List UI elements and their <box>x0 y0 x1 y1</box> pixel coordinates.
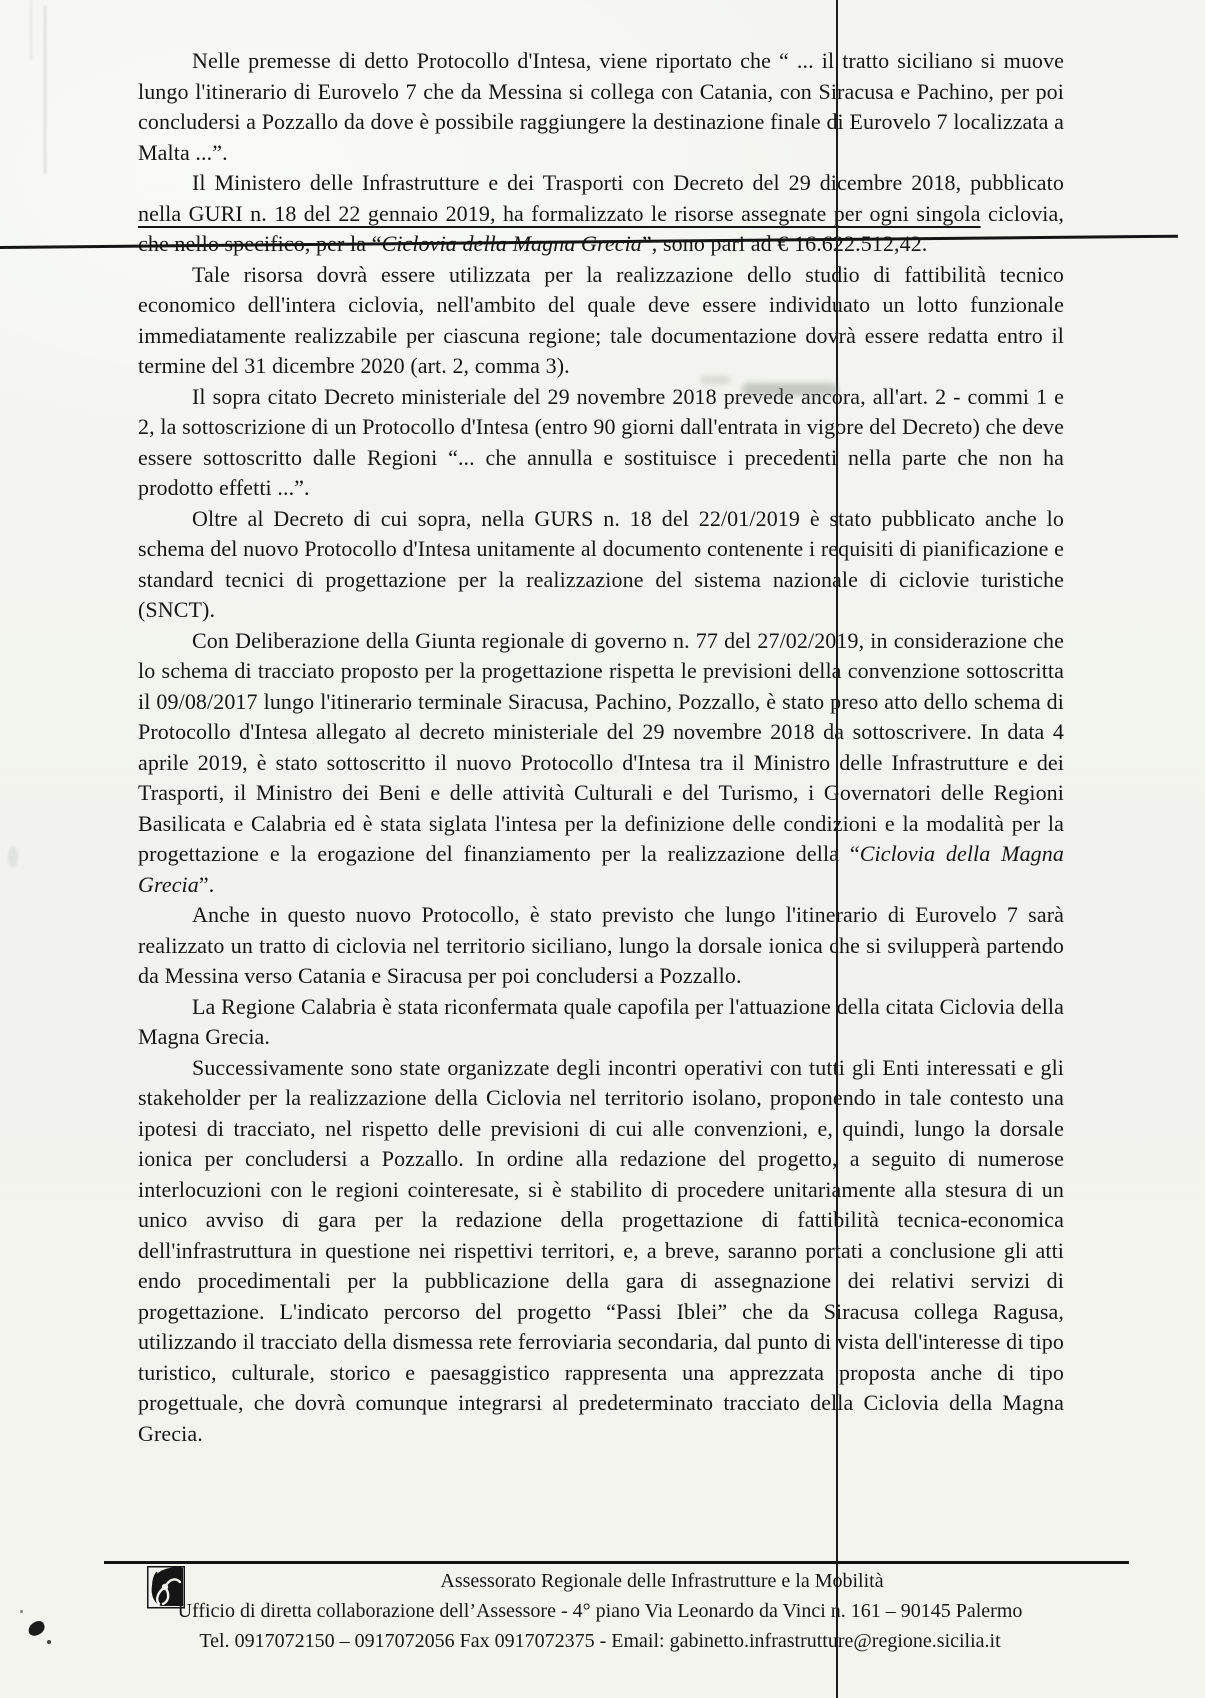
footer-contacts: Tel. 0917072150 – 0917072056 Fax 0917072… <box>90 1626 1110 1656</box>
ink-blot <box>26 1619 47 1638</box>
footer-separator-line <box>104 1561 1129 1564</box>
paragraph: Oltre al Decreto di cui sopra, nella GUR… <box>138 504 1064 626</box>
scanned-letter-page: Nelle premesse di detto Protocollo d'Int… <box>0 0 1205 1698</box>
scan-vertical-fold-line <box>836 0 838 1698</box>
text-segment: La Regione Calabria è stata riconfermata… <box>138 994 1064 1050</box>
text-segment: ”, sono pari ad € 16.622.512,42. <box>642 231 928 256</box>
scan-smudge <box>742 383 838 396</box>
footer-office-name: Assessorato Regionale delle Infrastruttu… <box>152 1566 1172 1596</box>
paragraph: Tale risorsa dovrà essere utilizzata per… <box>138 260 1064 382</box>
text-segment: ”. <box>199 872 214 897</box>
paragraph: Successivamente sono state organizzate d… <box>138 1053 1064 1450</box>
text-segment: Il sopra citato Decreto ministeriale del… <box>138 384 1064 501</box>
scan-smudge <box>700 376 730 384</box>
text-segment: Anche in questo nuovo Protocollo, è stat… <box>138 902 1064 988</box>
footer-address: Ufficio di diretta collaborazione dell’A… <box>90 1596 1110 1626</box>
text-segment: Oltre al Decreto di cui sopra, nella GUR… <box>138 506 1064 623</box>
scan-streak <box>30 0 32 60</box>
footer: Assessorato Regionale delle Infrastruttu… <box>90 1566 1110 1656</box>
ink-dot <box>47 1640 51 1644</box>
paragraph: La Regione Calabria è stata riconfermata… <box>138 992 1064 1053</box>
text-segment: Successivamente sono state organizzate d… <box>138 1055 1064 1446</box>
scan-streak <box>8 846 18 868</box>
text-segment: nella GURI n. 18 del 22 gennaio 2019, ha… <box>138 201 981 226</box>
document-body: Nelle premesse di detto Protocollo d'Int… <box>138 46 1064 1449</box>
text-segment: Tale risorsa dovrà essere utilizzata per… <box>138 262 1064 379</box>
paragraph: Il sopra citato Decreto ministeriale del… <box>138 382 1064 504</box>
scan-streak <box>44 6 46 174</box>
text-segment: Nelle premesse di detto Protocollo d'Int… <box>138 48 1064 165</box>
text-segment: Con Deliberazione della Giunta regionale… <box>138 628 1064 867</box>
paragraph: Con Deliberazione della Giunta regionale… <box>138 626 1064 901</box>
text-segment: Il Ministero delle Infrastrutture e dei … <box>192 170 1064 195</box>
paragraph: Nelle premesse di detto Protocollo d'Int… <box>138 46 1064 168</box>
ink-speck <box>20 1610 23 1613</box>
paragraph: Anche in questo nuovo Protocollo, è stat… <box>138 900 1064 992</box>
